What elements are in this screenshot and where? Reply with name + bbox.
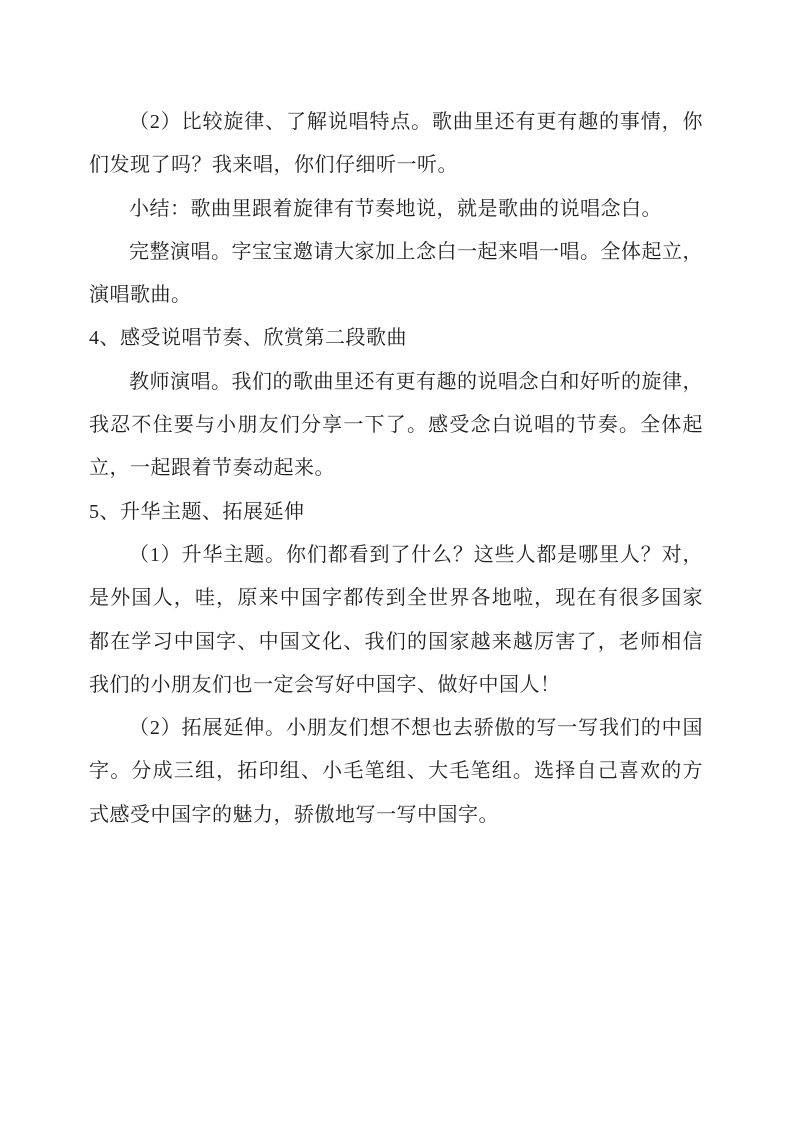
paragraph-full-performance: 完整演唱。字宝宝邀请大家加上念白一起来唱一唱。全体起立，演唱歌曲。 [89,231,703,318]
section-heading-4: 4、感受说唱节奏、欣赏第二段歌曲 [89,317,703,360]
paragraph-sublimate-theme: （1）升华主题。你们都看到了什么？这些人都是哪里人？对，是外国人，哇，原来中国字… [89,534,703,707]
paragraph-teacher-sing: 教师演唱。我们的歌曲里还有更有趣的说唱念白和好听的旋律，我忍不住要与小朋友们分享… [89,361,703,491]
document-body: （2）比较旋律、了解说唱特点。歌曲里还有更有趣的事情，你们发现了吗？我来唱，你们… [89,101,703,837]
page-canvas: （2）比较旋律、了解说唱特点。歌曲里还有更有趣的事情，你们发现了吗？我来唱，你们… [0,0,794,1123]
paragraph-summary: 小结：歌曲里跟着旋律有节奏地说，就是歌曲的说唱念白。 [89,188,703,231]
paragraph-extension: （2）拓展延伸。小朋友们想不想也去骄傲的写一写我们的中国字。分成三组，拓印组、小… [89,707,703,837]
section-heading-5: 5、升华主题、拓展延伸 [89,491,703,534]
paragraph-compare-melody: （2）比较旋律、了解说唱特点。歌曲里还有更有趣的事情，你们发现了吗？我来唱，你们… [89,101,703,188]
document-page: { "page": { "background_color": "#ffffff… [0,0,794,1123]
